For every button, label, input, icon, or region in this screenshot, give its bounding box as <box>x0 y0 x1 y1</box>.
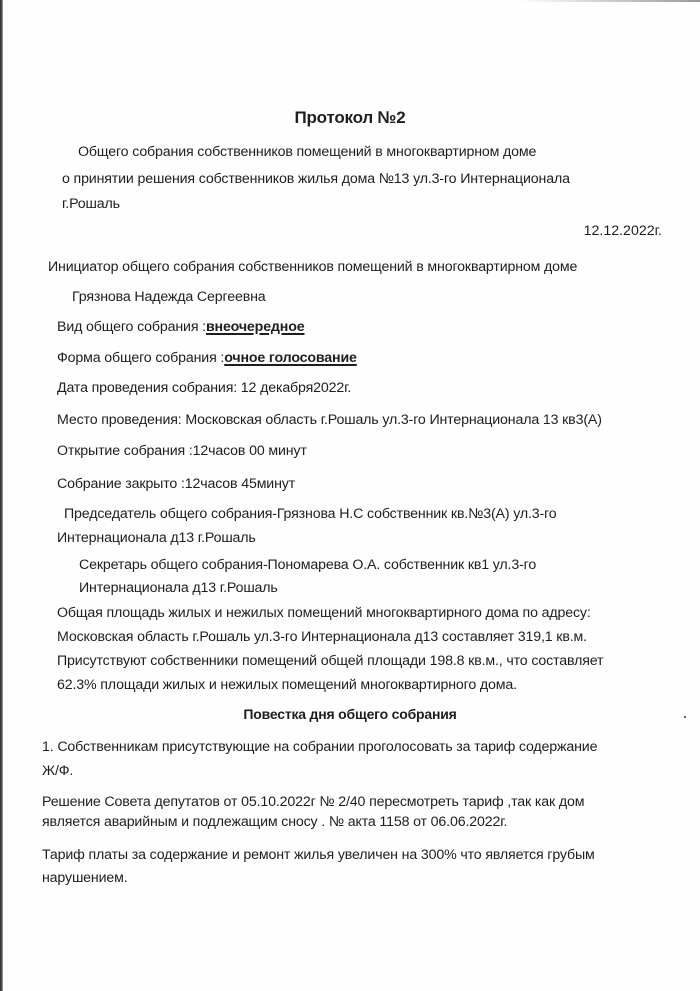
chairman-line-1: Председатель общего собрания-Грязнова Н.… <box>64 505 557 523</box>
meeting-form-value: очное голосование <box>224 350 357 366</box>
chairman-line-2: Интернационала д13 г.Рошаль <box>57 529 256 547</box>
decision-line-2: является аварийным и подлежащим сносу . … <box>42 813 507 831</box>
document-title: Протокол №2 <box>0 108 700 128</box>
area-paragraph-line-1: Общая площадь жилых и нежилых помещений … <box>57 604 591 622</box>
area-paragraph-line-3: Присутствуют собственники помещений обще… <box>57 652 603 670</box>
meeting-closing: Собрание закрыто :12часов 45минут <box>57 475 295 493</box>
scan-edge-top <box>520 0 700 2</box>
initiator-label: Инициатор общего собрания собственников … <box>48 258 577 276</box>
scanned-document-page: Протокол №2 Общего собрания собственнико… <box>0 0 700 991</box>
tariff-note-line-1: Тариф платы за содержание и ремонт жилья… <box>42 846 595 864</box>
tariff-note-line-2: нарушением. <box>42 869 128 887</box>
meeting-date: Дата проведения собрания: 12 декабря2022… <box>57 379 351 397</box>
area-paragraph-line-4: 62.3% площади жилых и нежилых помещений … <box>57 676 517 694</box>
area-paragraph-line-2: Московская область г.Рошаль ул.3-го Инте… <box>57 628 587 646</box>
scan-edge-left <box>0 0 3 991</box>
meeting-place: Место проведения: Московская область г.Р… <box>57 411 602 429</box>
meeting-form-row: Форма общего собрания :очное голосование <box>57 349 357 367</box>
decision-line-1: Решение Совета депутатов от 05.10.2022г … <box>42 793 584 811</box>
secretary-line-2: Интернационала д13 г.Рошаль <box>79 579 278 597</box>
agenda-heading: Повестка дня общего собрания <box>0 706 700 722</box>
meeting-type-row: Вид общего собрания :внеочередное <box>57 318 304 336</box>
agenda-item-1-line-2: Ж/Ф. <box>42 762 73 780</box>
agenda-item-1-line-1: 1. Собственникам присутствующие на собра… <box>42 738 597 756</box>
subtitle-line-3: г.Рошаль <box>62 195 120 213</box>
meeting-type-value: внеочередное <box>206 319 305 335</box>
secretary-line-1: Секретарь общего собрания-Пономарева О.А… <box>79 556 536 574</box>
protocol-date: 12.12.2022г. <box>584 222 662 240</box>
subtitle-line-2: о принятии решения собственников жилья д… <box>62 170 570 188</box>
meeting-form-label: Форма общего собрания : <box>57 350 224 366</box>
meeting-opening: Открытие собрания :12часов 00 минут <box>57 442 307 460</box>
subtitle-line-1: Общего собрания собственников помещений … <box>78 143 536 161</box>
initiator-name: Грязнова Надежда Сергеевна <box>72 288 266 306</box>
meeting-type-label: Вид общего собрания : <box>57 319 206 335</box>
